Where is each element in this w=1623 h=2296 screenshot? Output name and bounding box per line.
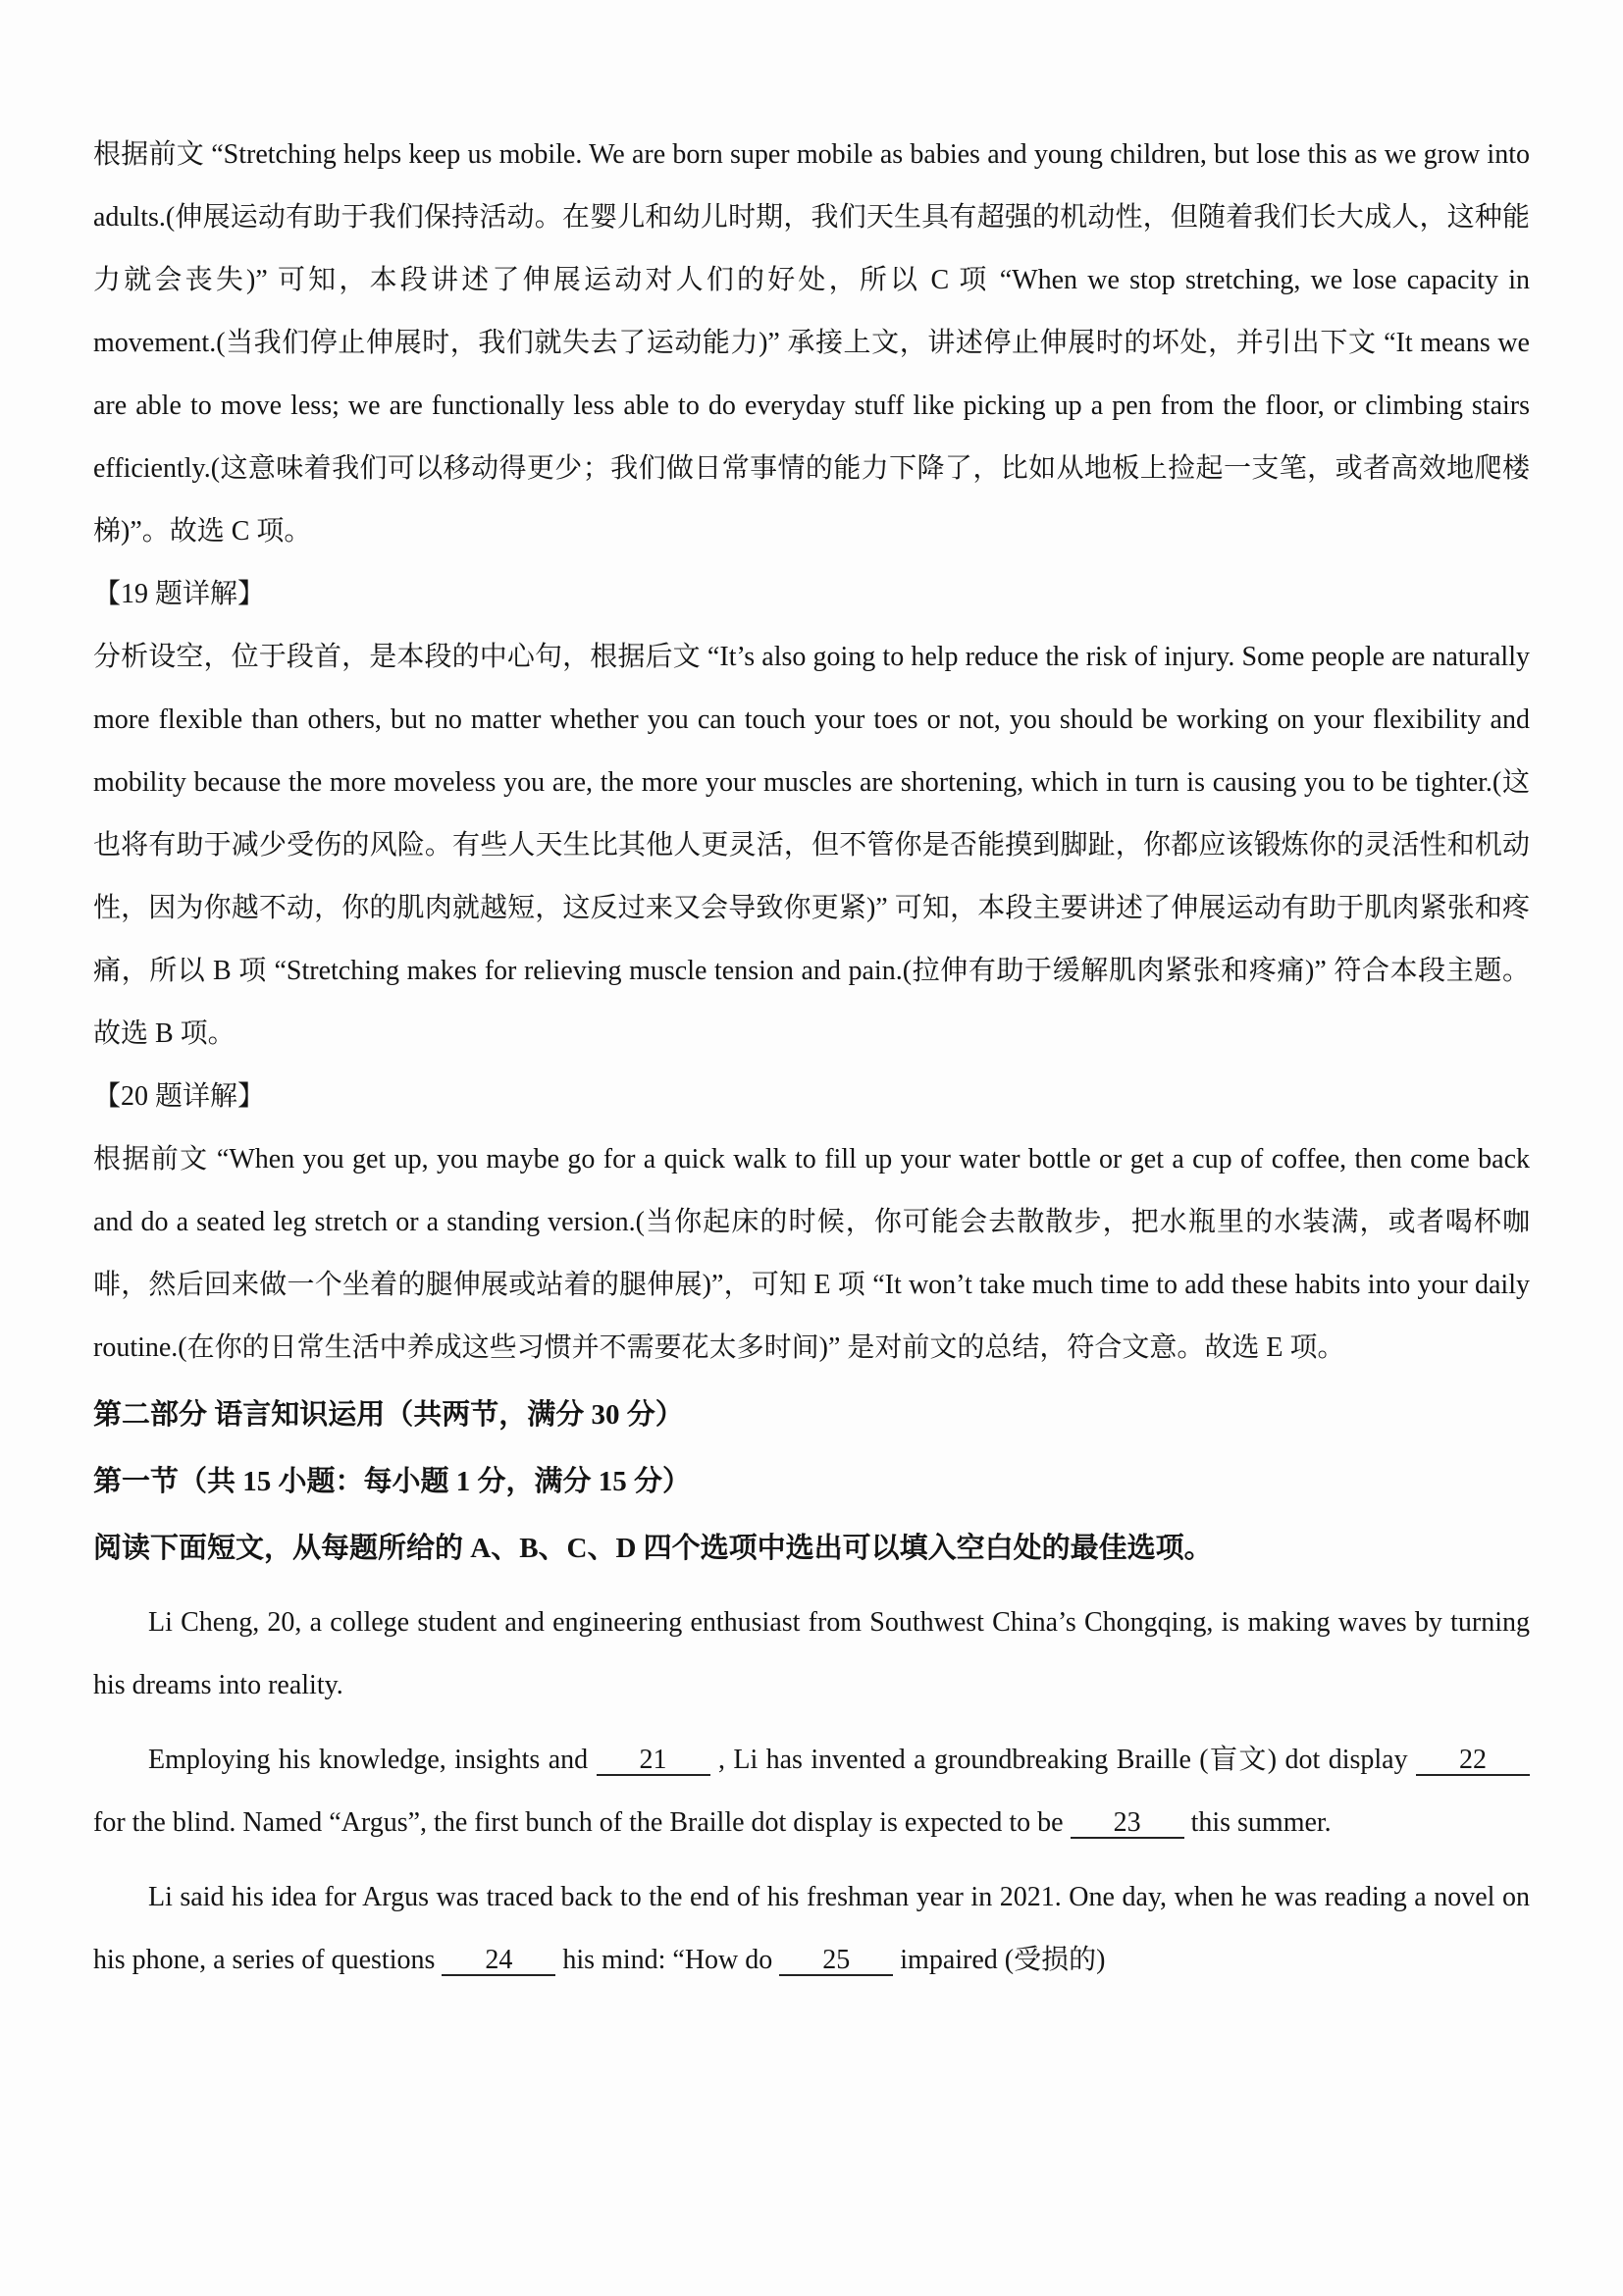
cloze-blank-24: 24 xyxy=(442,1946,555,1976)
cloze-blank-23: 23 xyxy=(1071,1808,1184,1839)
answer-explanation-18: 根据前文 “Stretching helps keep us mobile. W… xyxy=(93,124,1530,563)
question-19-heading: 【19 题详解】 xyxy=(93,563,1530,626)
part2-section-heading: 第二部分 语言知识运用（共两节，满分 30 分） xyxy=(93,1383,1530,1446)
question-20-heading: 【20 题详解】 xyxy=(93,1066,1530,1128)
cloze-blank-21: 21 xyxy=(597,1746,710,1776)
answer-explanation-19: 分析设空，位于段首，是本段的中心句，根据后文 “It’s also going … xyxy=(93,626,1530,1066)
cloze-blank-25: 25 xyxy=(779,1946,893,1976)
cloze-paragraph-1: Li Cheng, 20, a college student and engi… xyxy=(93,1592,1530,1717)
cloze-instruction: 阅读下面短文，从每题所给的 A、B、C、D 四个选项中选出可以填入空白处的最佳选… xyxy=(93,1517,1530,1580)
cloze-paragraph-3: Li said his idea for Argus was traced ba… xyxy=(93,1866,1530,1992)
cloze-blank-22: 22 xyxy=(1416,1746,1530,1776)
document-page: 根据前文 “Stretching helps keep us mobile. W… xyxy=(0,0,1623,2296)
section1-heading: 第一节（共 15 小题：每小题 1 分，满分 15 分） xyxy=(93,1450,1530,1513)
answer-explanation-20: 根据前文 “When you get up, you maybe go for … xyxy=(93,1128,1530,1380)
cloze-paragraph-2: Employing his knowledge, insights and 21… xyxy=(93,1729,1530,1854)
